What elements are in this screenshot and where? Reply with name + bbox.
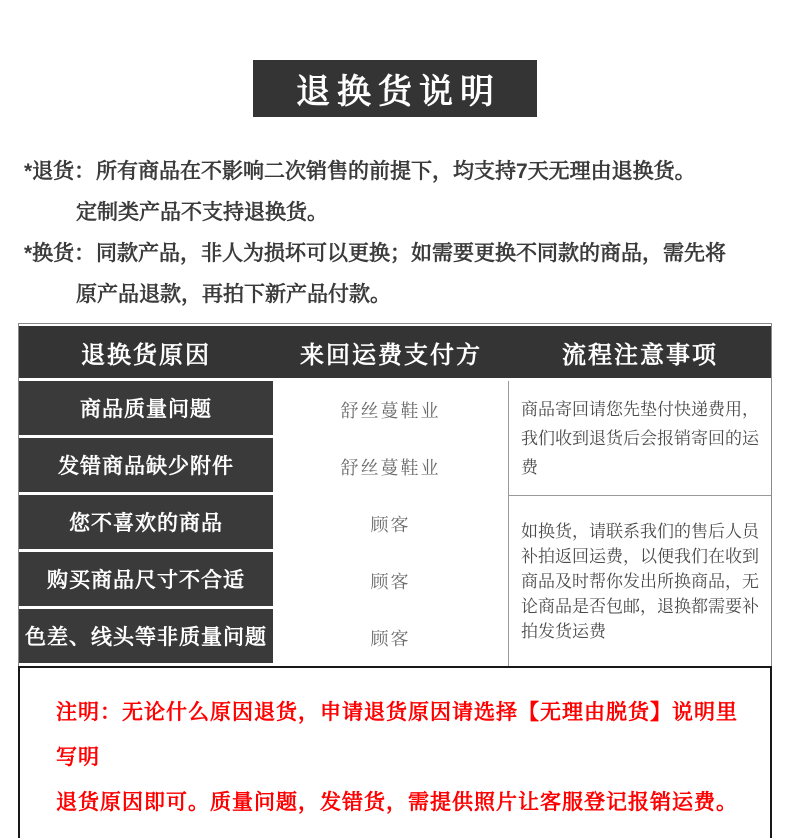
table-body: 商品质量问题 发错商品缺少附件 您不喜欢的商品 购买商品尺寸不合适 色差、线头等…	[19, 381, 771, 666]
exchange-note-label: *换货：	[24, 233, 96, 274]
return-policy-page: 退换货说明 *退货： 所有商品在不影响二次销售的前提下，均支持7天无理由退换货。…	[0, 0, 790, 838]
reason-column: 商品质量问题 发错商品缺少附件 您不喜欢的商品 购买商品尺寸不合适 色差、线头等…	[19, 381, 273, 666]
payer-cell-4: 顾客	[273, 552, 508, 609]
payer-cell-2: 舒丝蔓鞋业	[273, 438, 508, 495]
return-note-line-2: 定制类产品不支持退换货。	[76, 192, 770, 233]
important-note-box: 注明：无论什么原因退货，申请退货原因请选择【无理由脱货】说明里写明 退货原因即可…	[18, 666, 772, 838]
table-header-payer: 来回运费支付方	[273, 326, 509, 378]
table-header-reason: 退换货原因	[19, 326, 273, 378]
return-note-label: *退货：	[24, 151, 96, 192]
table-header-row: 退换货原因 来回运费支付方 流程注意事项	[19, 326, 771, 378]
page-title-banner: 退换货说明	[253, 60, 537, 117]
payer-cell-5: 顾客	[273, 609, 508, 666]
note-box-line-2: 退货原因即可。质量问题，发错货，需提供照片让客服登记报销运费。	[56, 780, 750, 825]
reason-cell-dislike: 您不喜欢的商品	[19, 495, 273, 549]
payer-cell-1: 舒丝蔓鞋业	[273, 381, 508, 438]
reason-cell-quality: 商品质量问题	[19, 381, 273, 435]
return-policy-note: *退货： 所有商品在不影响二次销售的前提下，均支持7天无理由退换货。 定制类产品…	[24, 151, 770, 233]
return-note-line-1: *退货： 所有商品在不影响二次销售的前提下，均支持7天无理由退换货。	[24, 151, 770, 192]
table-header-process: 流程注意事项	[509, 326, 771, 378]
exchange-note-line-1: *换货： 同款产品，非人为损坏可以更换；如需要更换不同款的商品，需先将	[24, 233, 770, 274]
return-policy-table: 退换货原因 来回运费支付方 流程注意事项 商品质量问题 发错商品缺少附件 您不喜…	[18, 323, 772, 666]
reason-cell-non-quality: 色差、线头等非质量问题	[19, 609, 273, 663]
reason-cell-wrong-item: 发错商品缺少附件	[19, 438, 273, 492]
process-note-return-shipping: 商品寄回请您先垫付快递费用，我们收到退货后会报销寄回的运费	[509, 381, 771, 495]
exchange-note-text: 同款产品，非人为损坏可以更换；如需要更换不同款的商品，需先将	[96, 233, 726, 274]
exchange-policy-note: *换货： 同款产品，非人为损坏可以更换；如需要更换不同款的商品，需先将 原产品退…	[24, 233, 770, 315]
process-notes-column: 商品寄回请您先垫付快递费用，我们收到退货后会报销寄回的运费 如换货，请联系我们的…	[509, 381, 771, 666]
policy-notes: *退货： 所有商品在不影响二次销售的前提下，均支持7天无理由退换货。 定制类产品…	[0, 151, 790, 315]
payer-column: 舒丝蔓鞋业 舒丝蔓鞋业 顾客 顾客 顾客	[273, 381, 509, 666]
reason-cell-size: 购买商品尺寸不合适	[19, 552, 273, 606]
return-note-text: 所有商品在不影响二次销售的前提下，均支持7天无理由退换货。	[96, 151, 696, 192]
process-note-exchange-shipping: 如换货，请联系我们的售后人员补拍返回运费，以便我们在收到商品及时帮你发出所换商品…	[509, 495, 771, 666]
payer-cell-3: 顾客	[273, 495, 508, 552]
exchange-note-line-2: 原产品退款，再拍下新产品付款。	[76, 274, 770, 315]
note-box-line-1: 注明：无论什么原因退货，申请退货原因请选择【无理由脱货】说明里写明	[56, 690, 750, 780]
page-title: 退换货说明	[289, 64, 501, 113]
